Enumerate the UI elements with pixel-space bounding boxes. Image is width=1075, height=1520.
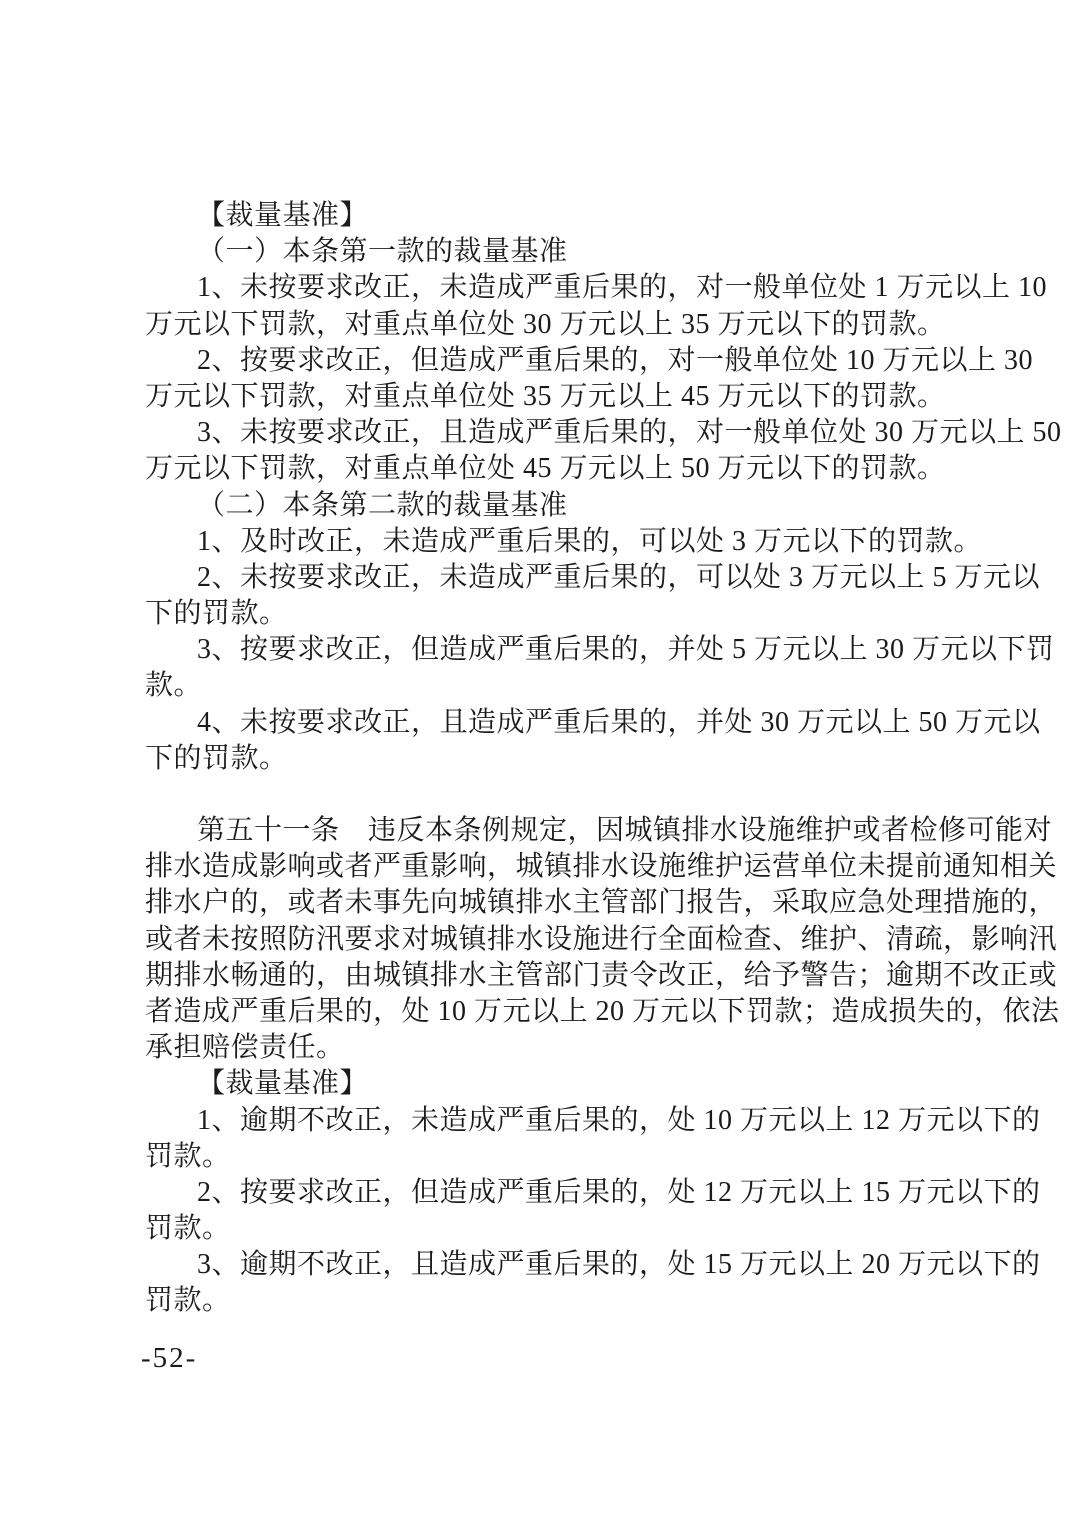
text-line: 者造成严重后果的，处 10 万元以上 20 万元以下罚款；造成损失的，依法 [145,994,945,1030]
text-line: 1、及时改正，未造成严重后果的，可以处 3 万元以下的罚款。 [145,524,945,560]
text-line: 2、按要求改正，但造成严重后果的，对一般单位处 10 万元以上 30 [145,343,945,379]
text-line: 排水户的，或者未事先向城镇排水主管部门报告，采取应急处理措施的， [145,885,945,921]
text-line: 下的罚款。 [145,741,945,777]
text-line: 期排水畅通的，由城镇排水主管部门责令改正，给予警告；逾期不改正或 [145,958,945,994]
text-line: 款。 [145,668,945,704]
text-line: 3、按要求改正，但造成严重后果的，并处 5 万元以上 30 万元以下罚 [145,632,945,668]
text-line: 1、逾期不改正，未造成严重后果的，处 10 万元以上 12 万元以下的 [145,1103,945,1139]
text-line: 下的罚款。 [145,596,945,632]
text-line: 3、逾期不改正，且造成严重后果的，处 15 万元以上 20 万元以下的 [145,1247,945,1283]
text-line: 罚款。 [145,1283,945,1319]
text-line: 万元以下罚款，对重点单位处 45 万元以上 50 万元以下的罚款。 [145,451,945,487]
text-line: 4、未按要求改正，且造成严重后果的，并处 30 万元以上 50 万元以 [145,705,945,741]
text-line: 排水造成影响或者严重影响，城镇排水设施维护运营单位未提前通知相关 [145,849,945,885]
text-line: 承担赔偿责任。 [145,1030,945,1066]
document-page: 【裁量基准】（一）本条第一款的裁量基准1、未按要求改正，未造成严重后果的，对一般… [0,0,1075,1520]
text-line: 2、未按要求改正，未造成严重后果的，可以处 3 万元以上 5 万元以 [145,560,945,596]
text-line: 万元以下罚款，对重点单位处 35 万元以上 45 万元以下的罚款。 [145,379,945,415]
text-line: 万元以下罚款，对重点单位处 30 万元以上 35 万元以下的罚款。 [145,307,945,343]
text-line: 第五十一条 违反本条例规定，因城镇排水设施维护或者检修可能对 [145,813,945,849]
text-line: （一）本条第一款的裁量基准 [145,234,945,270]
text-line: （二）本条第二款的裁量基准 [145,488,945,524]
page-number: -52- [141,1340,197,1376]
text-line: 或者未按照防汛要求对城镇排水设施进行全面检查、维护、清疏，影响汛 [145,922,945,958]
document-body: 【裁量基准】（一）本条第一款的裁量基准1、未按要求改正，未造成严重后果的，对一般… [145,198,945,1320]
text-line: 【裁量基准】 [145,1066,945,1102]
text-line: 【裁量基准】 [145,198,945,234]
text-line: 1、未按要求改正，未造成严重后果的，对一般单位处 1 万元以上 10 [145,270,945,306]
text-line: 2、按要求改正，但造成严重后果的，处 12 万元以上 15 万元以下的 [145,1175,945,1211]
article-51: 第五十一条 违反本条例规定，因城镇排水设施维护或者检修可能对排水造成影响或者严重… [145,813,945,1320]
text-line: 罚款。 [145,1211,945,1247]
text-line: 罚款。 [145,1139,945,1175]
discretion-standards-previous-article: 【裁量基准】（一）本条第一款的裁量基准1、未按要求改正，未造成严重后果的，对一般… [145,198,945,777]
text-line: 3、未按要求改正，且造成严重后果的，对一般单位处 30 万元以上 50 [145,415,945,451]
